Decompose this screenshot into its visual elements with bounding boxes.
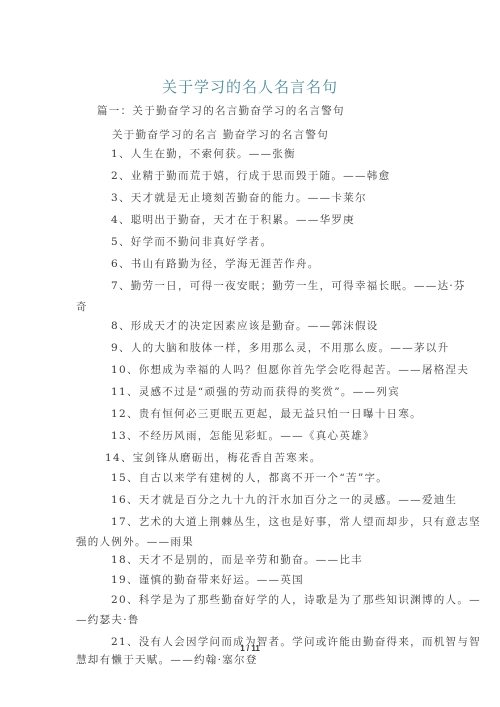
text-line: 篇一：关于勤奋学习的名言勤奋学习的名言警句 xyxy=(97,103,345,118)
text-line: 7、勤劳一日，可得一夜安眠；勤劳一生，可得幸福长眠。——达·芬 xyxy=(111,278,466,293)
text-line: 9、人的大脑和肢体一样，多用那么灵，不用那么废。——茅以升 xyxy=(111,340,449,355)
text-line: 3、天才就是无止境刻苦勤奋的能力。——卡莱尔 xyxy=(111,190,367,205)
text-line: 18、天才不是别的，而是辛劳和勤奋。——比丰 xyxy=(111,552,363,567)
text-line: 20、科学是为了那些勤奋好学的人，诗歌是为了那些知识渊博的人。— xyxy=(111,592,481,607)
text-line: 1、人生在勤，不索何获。——张衡 xyxy=(111,146,296,161)
text-line: 8、形成天才的决定因素应该是勤奋。——郭沫假设 xyxy=(111,318,379,333)
text-line: 17、艺术的大道上荆棘丛生，这也是好事，常人望而却步，只有意志坚 xyxy=(111,514,481,529)
document-title: 关于学习的名人名言名句 xyxy=(0,76,500,97)
text-line: 2、业精于勤而荒于嬉，行成于思而毁于随。——韩愈 xyxy=(111,168,390,183)
text-line: 关于勤奋学习的名言 勤奋学习的名言警句 xyxy=(112,127,329,142)
text-line: 奇 xyxy=(76,299,88,314)
text-line: 10、你想成为幸福的人吗？但愿你首先学会吃得起苦。——屠格涅夫 xyxy=(111,362,469,377)
text-line: 4、聪明出于勤奋，天才在于积累。——华罗庚 xyxy=(111,212,355,227)
text-line: 5、好学而不勤问非真好学者。 xyxy=(111,234,272,249)
text-line: —约瑟夫·鲁 xyxy=(76,612,140,627)
text-line: 慧却有懒于天赋。——约翰·塞尔登 xyxy=(76,652,258,667)
text-line: 11、灵感不过是“顽强的劳动而获得的奖赏”。——列宾 xyxy=(111,384,400,399)
text-line: 16、天才就是百分之九十九的汗水加百分之一的灵感。——爱迪生 xyxy=(111,492,457,507)
text-line: 强的人例外。——雨果 xyxy=(76,534,194,549)
text-line: 13、不经历风雨，怎能见彩虹。——《真心英雄》 xyxy=(111,428,375,443)
page-indicator: 1 / 11 xyxy=(0,644,500,653)
text-line: 12、贵有恒何必三更眠五更起，最无益只怕一日曝十日寒。 xyxy=(111,406,422,421)
text-line: 15、自古以来学有建树的人，都离不开一个“苦”字。 xyxy=(111,470,388,485)
text-line: 14、宝剑锋从磨砺出，梅花香自苦寒来。 xyxy=(105,450,322,465)
text-line: 6、书山有路勤为径，学海无涯苦作舟。 xyxy=(111,256,320,271)
text-line: 19、谨慎的勤奋带来好运。——英国 xyxy=(111,572,304,587)
